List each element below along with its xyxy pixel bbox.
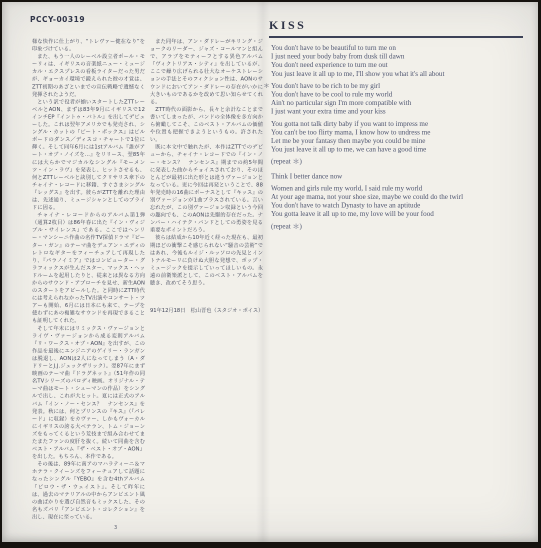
- lyrics-stanza-2-lines: You don't have to be rich to be my girlY…: [271, 82, 527, 116]
- page-number: 3: [114, 525, 117, 531]
- lyrics-bridge-line: Think I better dance now: [271, 172, 527, 181]
- lyrics-page: KISS You don't have to be beautiful to t…: [269, 18, 527, 430]
- booklet-page-scan: PCCY-00319 様な快作に仕上がり、“トレヴァー健在なり”を印象づけている…: [2, 2, 538, 542]
- lyrics-stanza-4: Women and girls rule my world, I said ru…: [271, 184, 527, 218]
- liner-notes-column-2: また同年は、アン・ダドレーがキリング・ジョークのリーダー、ジャズ・コールマンと組…: [150, 38, 263, 530]
- repeat-note-2: (repeat ＊): [271, 222, 527, 231]
- verse-marker: ＊: [264, 82, 270, 91]
- lyrics-title: KISS: [269, 18, 527, 33]
- liner-notes-column-1: 様な快作に仕上がり、“トレヴァー健在なり”を印象づけている。また、もう一人のレー…: [32, 38, 145, 530]
- liner-notes-column-2-text: また同年は、アン・ダドレーがキリング・ジョークのリーダー、ジャズ・コールマンと組…: [150, 38, 263, 287]
- lyrics-body: You don't have to be beautiful to turn m…: [271, 44, 527, 231]
- lyrics-stanza-1: You don't have to be beautiful to turn m…: [271, 44, 527, 78]
- lyrics-stanza-3: You gotta not talk dirty baby if you wan…: [271, 120, 527, 154]
- liner-notes-credit-text: 91年12月18日 松山晋也（スタジオ・ボイス）: [150, 306, 263, 314]
- repeat-note-1: (repeat ＊): [271, 158, 527, 167]
- liner-notes-column-1-text: 様な快作に仕上がり、“トレヴァー健在なり”を印象づけている。また、もう一人のレー…: [32, 38, 145, 521]
- catalog-number: PCCY-00319: [30, 15, 85, 24]
- lyrics-stanza-2: ＊ You don't have to be rich to be my gir…: [271, 82, 527, 116]
- title-rule: [269, 36, 523, 38]
- liner-notes-credit: 91年12月18日 松山晋也（スタジオ・ボイス）: [150, 306, 263, 321]
